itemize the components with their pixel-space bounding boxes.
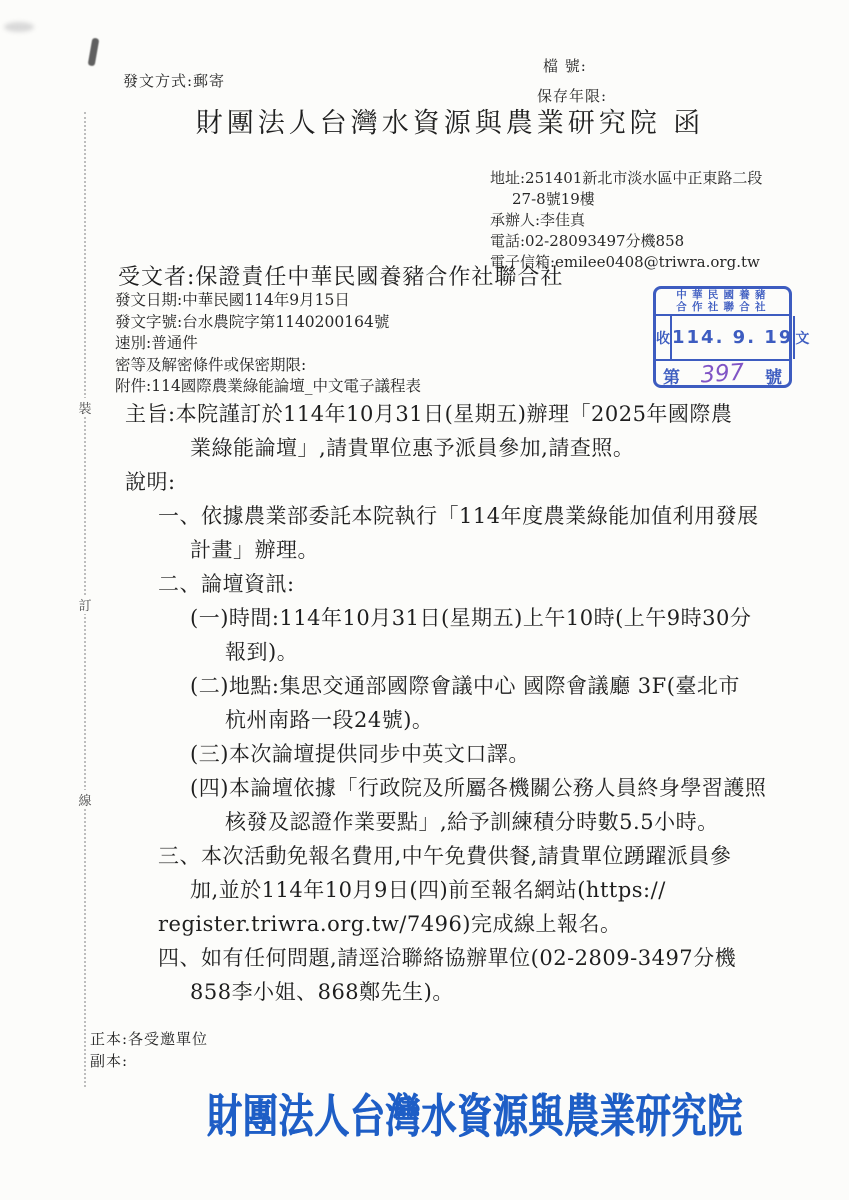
carbon-copy-line: 副本: <box>90 1050 128 1071</box>
body-line: 二、論壇資訊: <box>158 567 820 601</box>
body-line: 業綠能論壇」,請貴單位惠予派員參加,請查照。 <box>190 431 820 465</box>
stamp-receive-label: 收 <box>656 316 672 359</box>
body-line: 四、如有任何問題,請逕洽聯絡協辦單位(02-2809-3497分機 <box>158 941 820 975</box>
organization-footer-name: 財團法人台灣水資源與農業研究院 <box>207 1080 693 1146</box>
send-method-label: 發文方式:郵寄 <box>123 70 225 91</box>
meta-line: 發文字號:台水農院字第1140200164號 <box>115 312 421 334</box>
body-line: 核發及認證作業要點」,給予訓練積分時數5.5小時。 <box>225 805 820 839</box>
body-line: (三)本次論壇提供同步中英文口譯。 <box>190 737 820 771</box>
stamp-number-row: 第 397 號 <box>656 359 789 390</box>
stamp-number-suffix: 號 <box>765 363 789 388</box>
meta-line: 密等及解密條件或保密期限: <box>115 355 421 377</box>
stamp-date: 114. 9. 19 <box>672 316 793 359</box>
sender-contact-person: 承辦人:李佳真 <box>490 210 762 231</box>
stamp-doc-label: 文 <box>793 316 809 359</box>
meta-line: 發文日期:中華民國114年9月15日 <box>115 290 421 312</box>
body-line: 杭州南路一段24號)。 <box>225 703 820 737</box>
sender-info-block: 地址:251401新北市淡水區中正東路二段 27-8號19樓 承辦人:李佳真 電… <box>490 168 762 273</box>
binding-mark: 訂 <box>76 595 94 614</box>
stamp-number-prefix: 第 <box>656 363 680 388</box>
meta-line: 附件:114國際農業綠能論壇_中文電子議程表 <box>115 376 421 398</box>
body-line: (四)本論壇依據「行政院及所屬各機關公務人員終身學習護照 <box>190 771 820 805</box>
document-meta-block: 發文日期:中華民國114年9月15日發文字號:台水農院字第1140200164號… <box>115 290 421 398</box>
body-line: 主旨:本院謹訂於114年10月31日(星期五)辦理「2025年國際農 <box>125 397 820 431</box>
receipt-stamp: 中華民國養豬 合作社聯合社 收 114. 9. 19 文 第 397 號 <box>653 286 792 388</box>
document-title: 財團法人台灣水資源與農業研究院 函 <box>130 101 770 140</box>
body-line: register.triwra.org.tw/7496)完成線上報名。 <box>158 907 820 941</box>
scan-ink-mark-artifact <box>88 38 100 67</box>
original-copy-line: 正本:各受邀單位 <box>90 1028 208 1049</box>
sender-phone: 電話:02-28093497分機858 <box>490 231 762 252</box>
binding-mark: 線 <box>76 790 94 809</box>
letter-body: 主旨:本院謹訂於114年10月31日(星期五)辦理「2025年國際農業綠能論壇」… <box>0 397 820 1009</box>
recipient-line: 受文者:保證責任中華民國養豬合作社聯合社 <box>118 260 563 291</box>
sender-address-line1: 地址:251401新北市淡水區中正東路二段 <box>490 168 762 189</box>
meta-line: 速別:普通件 <box>115 333 421 355</box>
body-line: 三、本次活動免報名費用,中午免費供餐,請貴單位踴躍派員參 <box>158 839 820 873</box>
body-line: 報到)。 <box>225 635 820 669</box>
body-line: 計畫」辦理。 <box>190 533 820 567</box>
body-line: 一、依據農業部委託本院執行「114年度農業綠能加值利用發展 <box>158 499 820 533</box>
scanned-letter-page: 發文方式:郵寄 檔 號: 保存年限: 財團法人台灣水資源與農業研究院 函 地址:… <box>0 0 849 1200</box>
stamp-handwritten-number: 397 <box>679 358 766 390</box>
body-line: (一)時間:114年10月31日(星期五)上午10時(上午9時30分 <box>190 601 820 635</box>
file-number-label: 檔 號: <box>543 55 587 76</box>
stamp-org-name: 中華民國養豬 合作社聯合社 <box>656 289 789 316</box>
scan-smudge-artifact <box>4 22 34 32</box>
body-line: 說明: <box>125 465 820 499</box>
stamp-date-row: 收 114. 9. 19 文 <box>656 316 789 359</box>
sender-address-line2: 27-8號19樓 <box>512 189 762 210</box>
stamp-org-line2: 合作社聯合社 <box>661 302 786 314</box>
binding-mark: 裝 <box>76 398 94 417</box>
body-line: (二)地點:集思交通部國際會議中心 國際會議廳 3F(臺北市 <box>190 669 820 703</box>
body-line: 858李小姐、868鄭先生)。 <box>190 975 820 1009</box>
body-line: 加,並於114年10月9日(四)前至報名網站(https:// <box>190 873 820 907</box>
stamp-org-line1: 中華民國養豬 <box>661 290 786 302</box>
